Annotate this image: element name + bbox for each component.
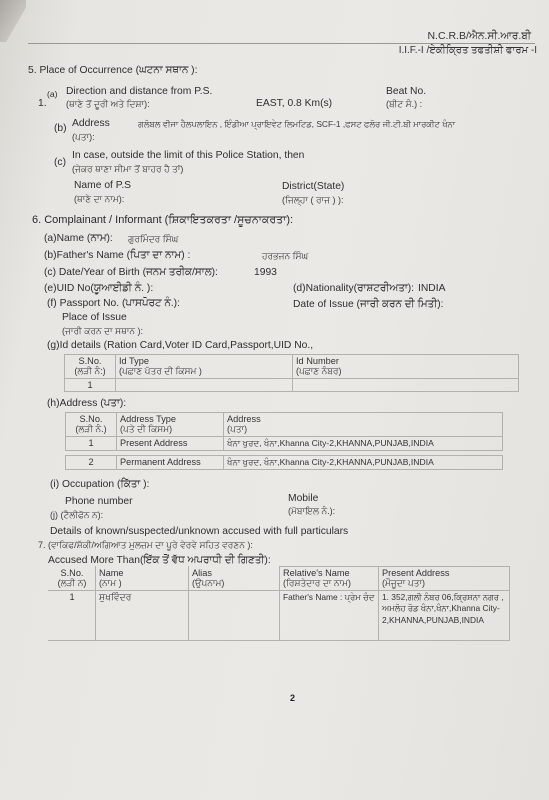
item-number: 1.: [38, 98, 47, 109]
ps-name-label-pa: (ਥਾਣੇ ਦਾ ਨਾਮ):: [74, 194, 124, 205]
uid-label: (e)UID No(ਯੂਆਈਡੀ ਨੰ. ):: [44, 283, 153, 295]
nationality-value: INDIA: [418, 283, 445, 294]
table-header-row: S.No.(ਲੜੀ ਨ) Name(ਨਾਮ ) Alias(ਉਪਨਾਮ) Rel…: [49, 567, 510, 591]
complainant-name-value: ਗੁਰਮਿੰਦਰ ਸਿੰਘ: [128, 234, 178, 245]
mobile-label: Mobile: [288, 493, 318, 504]
table-row: 1: [65, 379, 519, 392]
section-7-title: Details of known/suspected/unknown accus…: [50, 526, 348, 537]
table-header-row: S.No.(ਲੜੀ ਨੰ.) Address Type(ਪਤੇ ਦੀ ਕਿਸਮ)…: [66, 413, 503, 437]
header-id-type: Id Type(ਪਛਾਣ ਪੱਤਰ ਦੀ ਕਿਸਮ ): [116, 355, 293, 379]
mobile-label-pa: (ਮੋਬਾਇਲ ਨੰ.):: [288, 506, 335, 517]
phone-label: Phone number: [65, 496, 133, 507]
outside-limit-label: In case, outside the limit of this Polic…: [72, 150, 304, 161]
label-b: (b): [54, 123, 67, 134]
header-divider: [28, 43, 535, 44]
issue-place-label: Place of Issue: [62, 312, 127, 323]
direction-label-pa: (ਥਾਣੇ ਤੋਂ ਦੂਰੀ ਅਤੇ ਦਿਸ਼ਾ):: [66, 99, 150, 110]
label-c: (c): [54, 157, 66, 168]
address-label-pa: (ਪਤਾ):: [72, 132, 95, 143]
ncrb-header: N.C.R.B/ਐਨ.ਸੀ.ਆਰ.ਬੀ: [427, 30, 531, 43]
district-label-pa: (ਜਿਲ੍ਹਾ ( ਰਾਜ ) ):: [282, 195, 343, 206]
occupation-label: (i) Occupation (ਕਿੱਤਾ ):: [50, 479, 149, 491]
address-section-label: (h)Address (ਪਤਾ):: [47, 398, 126, 410]
section-5-title: 5. Place of Occurrence (ਘਟਨਾ ਸਥਾਨ ):: [28, 65, 197, 77]
complainant-name-label: (a)Name (ਨਾਮ):: [44, 233, 113, 245]
dob-value: 1993: [254, 267, 277, 278]
document-page: N.C.R.B/ਐਨ.ਸੀ.ਆਰ.ਬੀ I.I.F.-I /ਏਕੀਕ੍ਰਿਤ ਤ…: [0, 0, 549, 800]
issue-place-label-pa: (ਜਾਰੀ ਕਰਨ ਦਾ ਸਥਾਨ ):: [62, 326, 143, 337]
address-label: Address: [72, 118, 110, 129]
beat-label: Beat No.: [386, 86, 426, 97]
father-name-value: ਹਰਭਜਨ ਸਿੰਘ: [262, 251, 308, 262]
direction-label: Direction and distance from P.S.: [66, 86, 212, 97]
beat-label-pa: (ਬੀਟ ਸੰ.) :: [386, 99, 422, 110]
page-number: 2: [290, 693, 295, 703]
label-a: (a): [47, 89, 58, 99]
header-id-number: Id Number(ਪਛਾਣ ਨੰਬਰ): [293, 355, 519, 379]
issue-date-label: Date of Issue (ਜਾਰੀ ਕਰਨ ਦੀ ਮਿਤੀ):: [293, 299, 444, 311]
page-corner-shadow: [0, 0, 26, 42]
direction-value: EAST, 0.8 Km(s): [256, 98, 332, 109]
dob-label: (c) Date/Year of Birth (ਜਨਮ ਤਰੀਕ/ਸਾਲ):: [44, 267, 218, 279]
header-sno: S.No.(ਲੜੀ ਨੰ:): [65, 355, 116, 379]
phone-label-pa: (j) (ਟੈਲੀਫੋਨ ਨ):: [50, 510, 103, 521]
section-7-title-pa: 7. (ਵਾਕਿਫ/ਸ਼ੱਕੀ/ਅਗਿਆਤ ਮੁਲਜ਼ਮ ਦਾ ਪੂਰੇ ਵੇਰ…: [38, 540, 253, 551]
permanent-address-table: 2 Permanent Address ਖੰਨਾ ਖੁਰਦ, ਖੰਨਾ,Khan…: [65, 455, 503, 470]
district-label: District(State): [282, 181, 344, 192]
table-row: 2 Permanent Address ਖੰਨਾ ਖੁਰਦ, ਖੰਨਾ,Khan…: [66, 456, 503, 470]
table-header-row: S.No.(ਲੜੀ ਨੰ:) Id Type(ਪਛਾਣ ਪੱਤਰ ਦੀ ਕਿਸਮ…: [65, 355, 519, 379]
address-table: S.No.(ਲੜੀ ਨੰ.) Address Type(ਪਤੇ ਦੀ ਕਿਸਮ)…: [65, 412, 503, 451]
nationality-label: (d)Nationality(ਰਾਸ਼ਟਰੀਅਤਾ):: [293, 283, 414, 295]
table-row: 1 Present Address ਖੰਨਾ ਖੁਰਦ, ਖੰਨਾ,Khanna…: [66, 437, 503, 451]
passport-label: (f) Passport No. (ਪਾਸਪੋਰਟ ਨੰ.):: [47, 298, 180, 310]
iif-form-title: I.I.F.-I /ਏਕੀਕ੍ਰਿਤ ਤਫਤੀਸ਼ੀ ਫਾਰਮ -I: [399, 45, 537, 56]
table-row: 1 ਸੁਖਵਿੰਦਰ Father's Name : ਪ੍ਰੇਮ ਚੰਦ 1. …: [49, 591, 510, 641]
id-details-table: S.No.(ਲੜੀ ਨੰ:) Id Type(ਪਛਾਣ ਪੱਤਰ ਦੀ ਕਿਸਮ…: [64, 354, 519, 392]
accused-table: S.No.(ਲੜੀ ਨ) Name(ਨਾਮ ) Alias(ਉਪਨਾਮ) Rel…: [48, 566, 510, 641]
section-6-title: 6. Complainant / Informant (ਸ਼ਿਕਾਇਤਕਰਤਾ …: [32, 214, 293, 227]
ps-name-label: Name of P.S: [74, 180, 131, 191]
father-name-label: (b)Father's Name (ਪਿਤਾ ਦਾ ਨਾਮ) :: [44, 250, 190, 262]
id-details-label: (g)Id details (Ration Card,Voter ID Card…: [47, 340, 313, 351]
outside-limit-label-pa: (ਜੇਕਰ ਥਾਣਾ ਸੀਮਾ ਤੋਂ ਬਾਹਰ ਹੈ ਤਾਂ): [72, 164, 183, 175]
occurrence-address-value: ਗਲੋਬਲ ਵੀਜਾ ਹੈਲਪਲਾਇਨ , ਇੰਡੀਆ ਪ੍ਰਾਇਵੇਟ ਲਿਮ…: [138, 119, 455, 130]
